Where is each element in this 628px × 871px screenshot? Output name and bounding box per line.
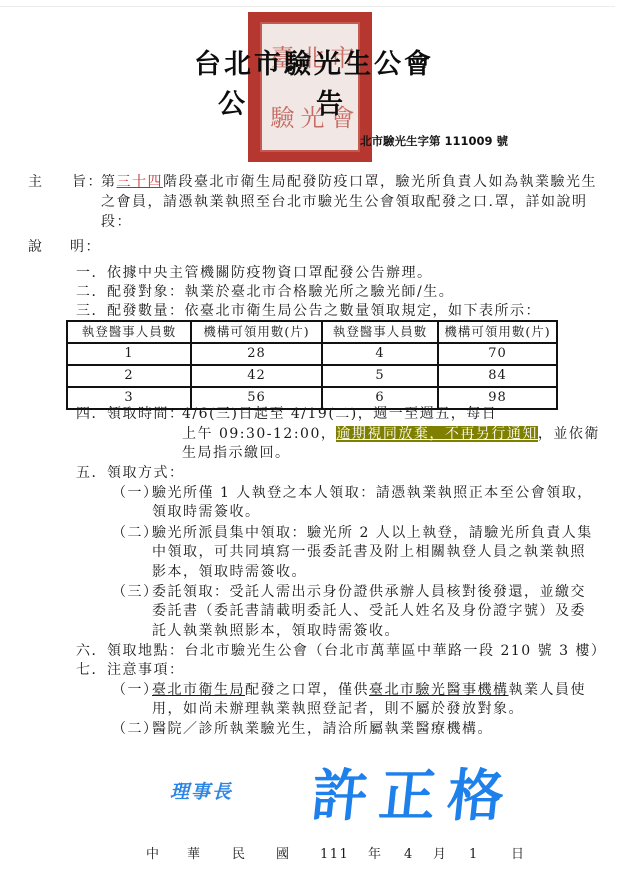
pickup-location: 六．領取地點：台北市驗光生公會（台北市萬華區中華路一段 210 號 3 樓） — [76, 641, 606, 661]
subject-label-1: 主 — [28, 172, 44, 192]
item-5-sub2-line2: 中領取，可共同填寫一張委託書及附上相關執登人員之執業執照 — [152, 542, 586, 562]
explanation-item-5-label: 五．領取方式： — [76, 463, 185, 483]
optometry-institution-underline: 臺北市驗光醫事機構 — [369, 682, 509, 698]
item-5-sub2-line3: 影本，領取時需簽收。 — [152, 562, 307, 582]
item-7-sub1-line1: 臺北市衛生局配發之口罩，僅供臺北市驗光醫事機構執業人員使 — [152, 680, 586, 700]
date-month: 4 — [404, 845, 414, 865]
table-cell: 28 — [191, 343, 322, 365]
phase-number: 三十四 — [117, 174, 164, 190]
issue-date: 中 華 民 國 111 年 4 月 1 日 — [0, 845, 628, 865]
table-header: 機構可領用數(片) — [191, 321, 322, 343]
announcement-label-right: 告 — [316, 82, 343, 121]
subject-line-3: 段： — [101, 212, 132, 232]
subject-line-1: 第三十四階段臺北市衛生局配發防疫口罩，驗光所負責人如為執業驗光生 — [101, 172, 597, 192]
announcement-label-left: 公 — [218, 82, 245, 121]
table-header: 執登醫事人員數 — [67, 321, 191, 343]
date-char: 中 — [146, 845, 161, 865]
health-bureau-underline: 臺北市衛生局 — [152, 682, 245, 698]
explanation-item-7-label: 七．注意事項： — [76, 660, 185, 680]
pickup-hours: 上午 09:30-12:00， — [182, 426, 336, 442]
date-year: 111 — [320, 845, 349, 865]
date-char: 國 — [276, 845, 291, 865]
item-5-sub3-line3: 託人執業執照影本，領取時需簽收。 — [152, 621, 400, 641]
subject-prefix: 第 — [101, 174, 117, 190]
subject-label-2: 旨： — [72, 172, 103, 192]
table-cell: 42 — [191, 365, 322, 387]
table-cell: 5 — [322, 365, 438, 387]
chairman-signature: 許正格 — [308, 752, 520, 832]
table-cell: 1 — [67, 343, 191, 365]
item-7-sub2-line1: 醫院／診所執業驗光生，請洽所屬執業醫療機構。 — [152, 719, 493, 739]
date-char: 華 — [187, 845, 202, 865]
date-day-label: 日 — [511, 845, 526, 865]
pickup-dates: 4/6(三)日起至 4/19(二)，週一至週五，每日 — [182, 404, 497, 424]
explanation-item-3: 三．配發數量：依臺北市衛生局公告之數量領取規定，如下表所示： — [76, 301, 541, 321]
item-5-sub1-line1: 驗光所僅 1 人執登之本人領取：請憑執業執照正本至公會領取， — [152, 483, 593, 503]
explanation-item-2: 二．配發對象：執業於臺北市合格驗光所之驗光師/生。 — [76, 282, 454, 302]
pickup-return-note: 生局指示繳回。 — [182, 443, 291, 463]
item-7-sub1-line2: 用，如尚未辦理執業執照登記者，則不屬於發放對象。 — [152, 699, 524, 719]
item-7-sub1-end: 執業人員使 — [509, 682, 587, 698]
item-7-sub1-mid: 配發之口罩，僅供 — [245, 682, 369, 698]
table-cell: 4 — [322, 343, 438, 365]
explanation-label-2: 明： — [70, 237, 101, 257]
date-month-label: 月 — [433, 845, 448, 865]
table-cell: 70 — [438, 343, 557, 365]
subject-line-2: 之會員，請憑執業執照至台北市驗光生公會領取配發之口.罩，詳如說明 — [101, 192, 587, 212]
explanation-label-1: 說 — [28, 237, 44, 257]
pickup-hours-rest: ，並依衛 — [538, 426, 600, 442]
date-day: 1 — [469, 845, 479, 865]
page-top-edge — [0, 6, 615, 7]
subject-line-1-rest: 階段臺北市衛生局配發防疫口罩，驗光所負責人如為執業驗光生 — [163, 174, 597, 190]
pickup-hours-line: 上午 09:30-12:00，逾期視同放棄，不再另行通知，並依衛 — [182, 424, 600, 444]
table-header: 執登醫事人員數 — [322, 321, 438, 343]
association-seal-stamp: 臺 北 市 驗 光 會 — [248, 12, 372, 162]
table-cell: 2 — [67, 365, 191, 387]
table-cell: 84 — [438, 365, 557, 387]
explanation-item-4-label: 四．領取時間： — [76, 404, 185, 424]
date-year-label: 年 — [368, 845, 383, 865]
item-5-sub3-line2: 委託書（委託書請載明委託人、受託人姓名及身份證字號）及委 — [152, 601, 586, 621]
deadline-warning-highlight: 逾期視同放棄，不再另行通知 — [336, 426, 538, 442]
date-char: 民 — [232, 845, 247, 865]
explanation-item-1: 一．依據中央主管機關防疫物資口罩配發公告辦理。 — [76, 263, 433, 283]
table-header: 機構可領用數(片) — [438, 321, 557, 343]
chairman-title: 理事長 — [170, 777, 233, 804]
item-5-sub2-line1: 驗光所派員集中領取：驗光所 2 人以上執登，請驗光所負責人集 — [152, 523, 593, 543]
table-row: 2 42 5 84 — [67, 365, 557, 387]
mask-quantity-table: 執登醫事人員數 機構可領用數(片) 執登醫事人員數 機構可領用數(片) 1 28… — [66, 320, 558, 410]
table-header-row: 執登醫事人員數 機構可領用數(片) 執登醫事人員數 機構可領用數(片) — [67, 321, 557, 343]
item-5-sub3-line1: 委託領取：受託人需出示身份證供承辦人員核對後發還，並繳交 — [152, 582, 586, 602]
document-number: 北市驗光生字第 111009 號 — [360, 133, 508, 149]
document-title: 台北市驗光生公會 — [0, 42, 628, 81]
seal-char: 驗 — [266, 88, 294, 146]
table-row: 1 28 4 70 — [67, 343, 557, 365]
item-5-sub1-line2: 領取時需簽收。 — [152, 502, 261, 522]
